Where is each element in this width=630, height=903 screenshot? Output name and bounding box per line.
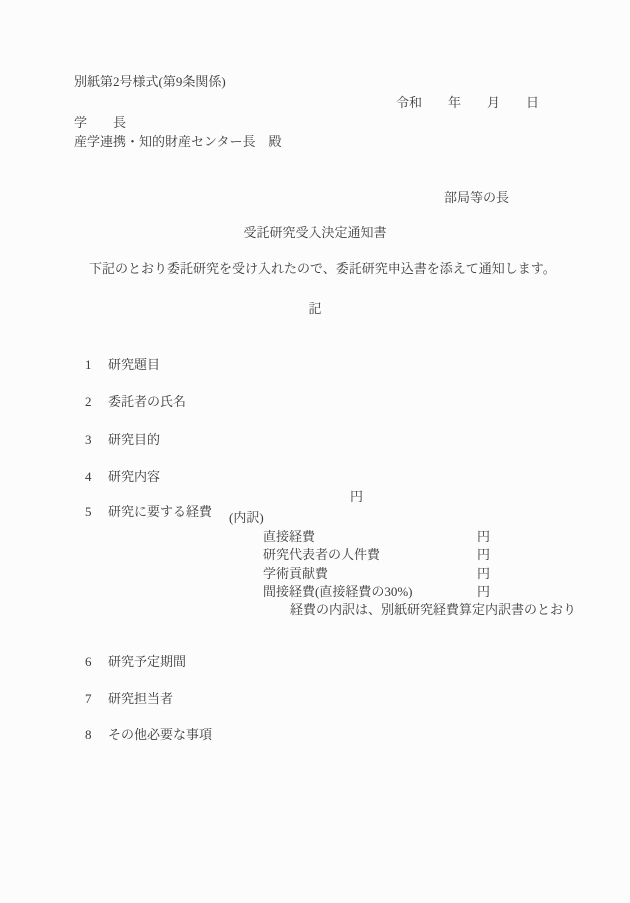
item-5-research-expenses: 5研究に要する経費 <box>72 490 212 535</box>
item-label: 研究担当者 <box>108 691 173 706</box>
breakdown-label: 直接経費 <box>263 530 315 545</box>
form-number-label: 別紙第2号様式(第9条関係) <box>74 75 226 90</box>
item-label: 研究内容 <box>108 469 160 484</box>
breakdown-unit-yen: 円 <box>477 530 490 545</box>
item-number: 7 <box>85 692 108 707</box>
item-number: 3 <box>85 433 108 448</box>
item-label: 研究に要する経費 <box>108 504 212 519</box>
item-number: 6 <box>85 655 108 670</box>
breakdown-label: 研究代表者の人件費 <box>263 548 380 563</box>
item-number: 5 <box>85 505 108 520</box>
item-label: 委託者の氏名 <box>108 394 186 409</box>
item-number: 8 <box>85 728 108 743</box>
item-label: 研究題目 <box>108 357 160 372</box>
item-label: 研究予定期間 <box>108 654 186 669</box>
breakdown-header: (内訳) <box>229 511 264 526</box>
breakdown-label: 学術貢献費 <box>263 567 328 582</box>
breakdown-unit-yen: 円 <box>477 585 490 600</box>
document-page: 別紙第2号様式(第9条関係) 令和 年 月 日 学 長 産学連携・知的財産センタ… <box>0 0 630 903</box>
addressee-president: 学 長 <box>74 116 126 131</box>
date-line: 令和 年 月 日 <box>396 96 539 111</box>
addressee-center-head: 産学連携・知的財産センター長 殿 <box>74 135 281 150</box>
item-8-other-necessary-matters: 8その他必要な事項 <box>72 713 212 758</box>
breakdown-unit-yen: 円 <box>477 567 490 582</box>
list-marker-ki: 記 <box>0 302 630 317</box>
document-title: 受託研究受入決定通知書 <box>0 226 630 241</box>
item-number: 4 <box>85 470 108 485</box>
item-5-unit-yen: 円 <box>350 490 363 505</box>
breakdown-note: 経費の内訳は、別紙研究経費算定内訳書のとおり <box>290 603 576 618</box>
body-paragraph: 下記のとおり委託研究を受け入れたので、委託研究申込書を添えて通知します。 <box>74 262 574 277</box>
item-label: その他必要な事項 <box>108 727 212 742</box>
item-label: 研究目的 <box>108 432 160 447</box>
item-number: 1 <box>85 358 108 373</box>
item-number: 2 <box>85 395 108 410</box>
breakdown-unit-yen: 円 <box>477 548 490 563</box>
sender-label: 部局等の長 <box>444 191 509 206</box>
breakdown-label: 間接経費(直接経費の30%) <box>263 585 413 600</box>
